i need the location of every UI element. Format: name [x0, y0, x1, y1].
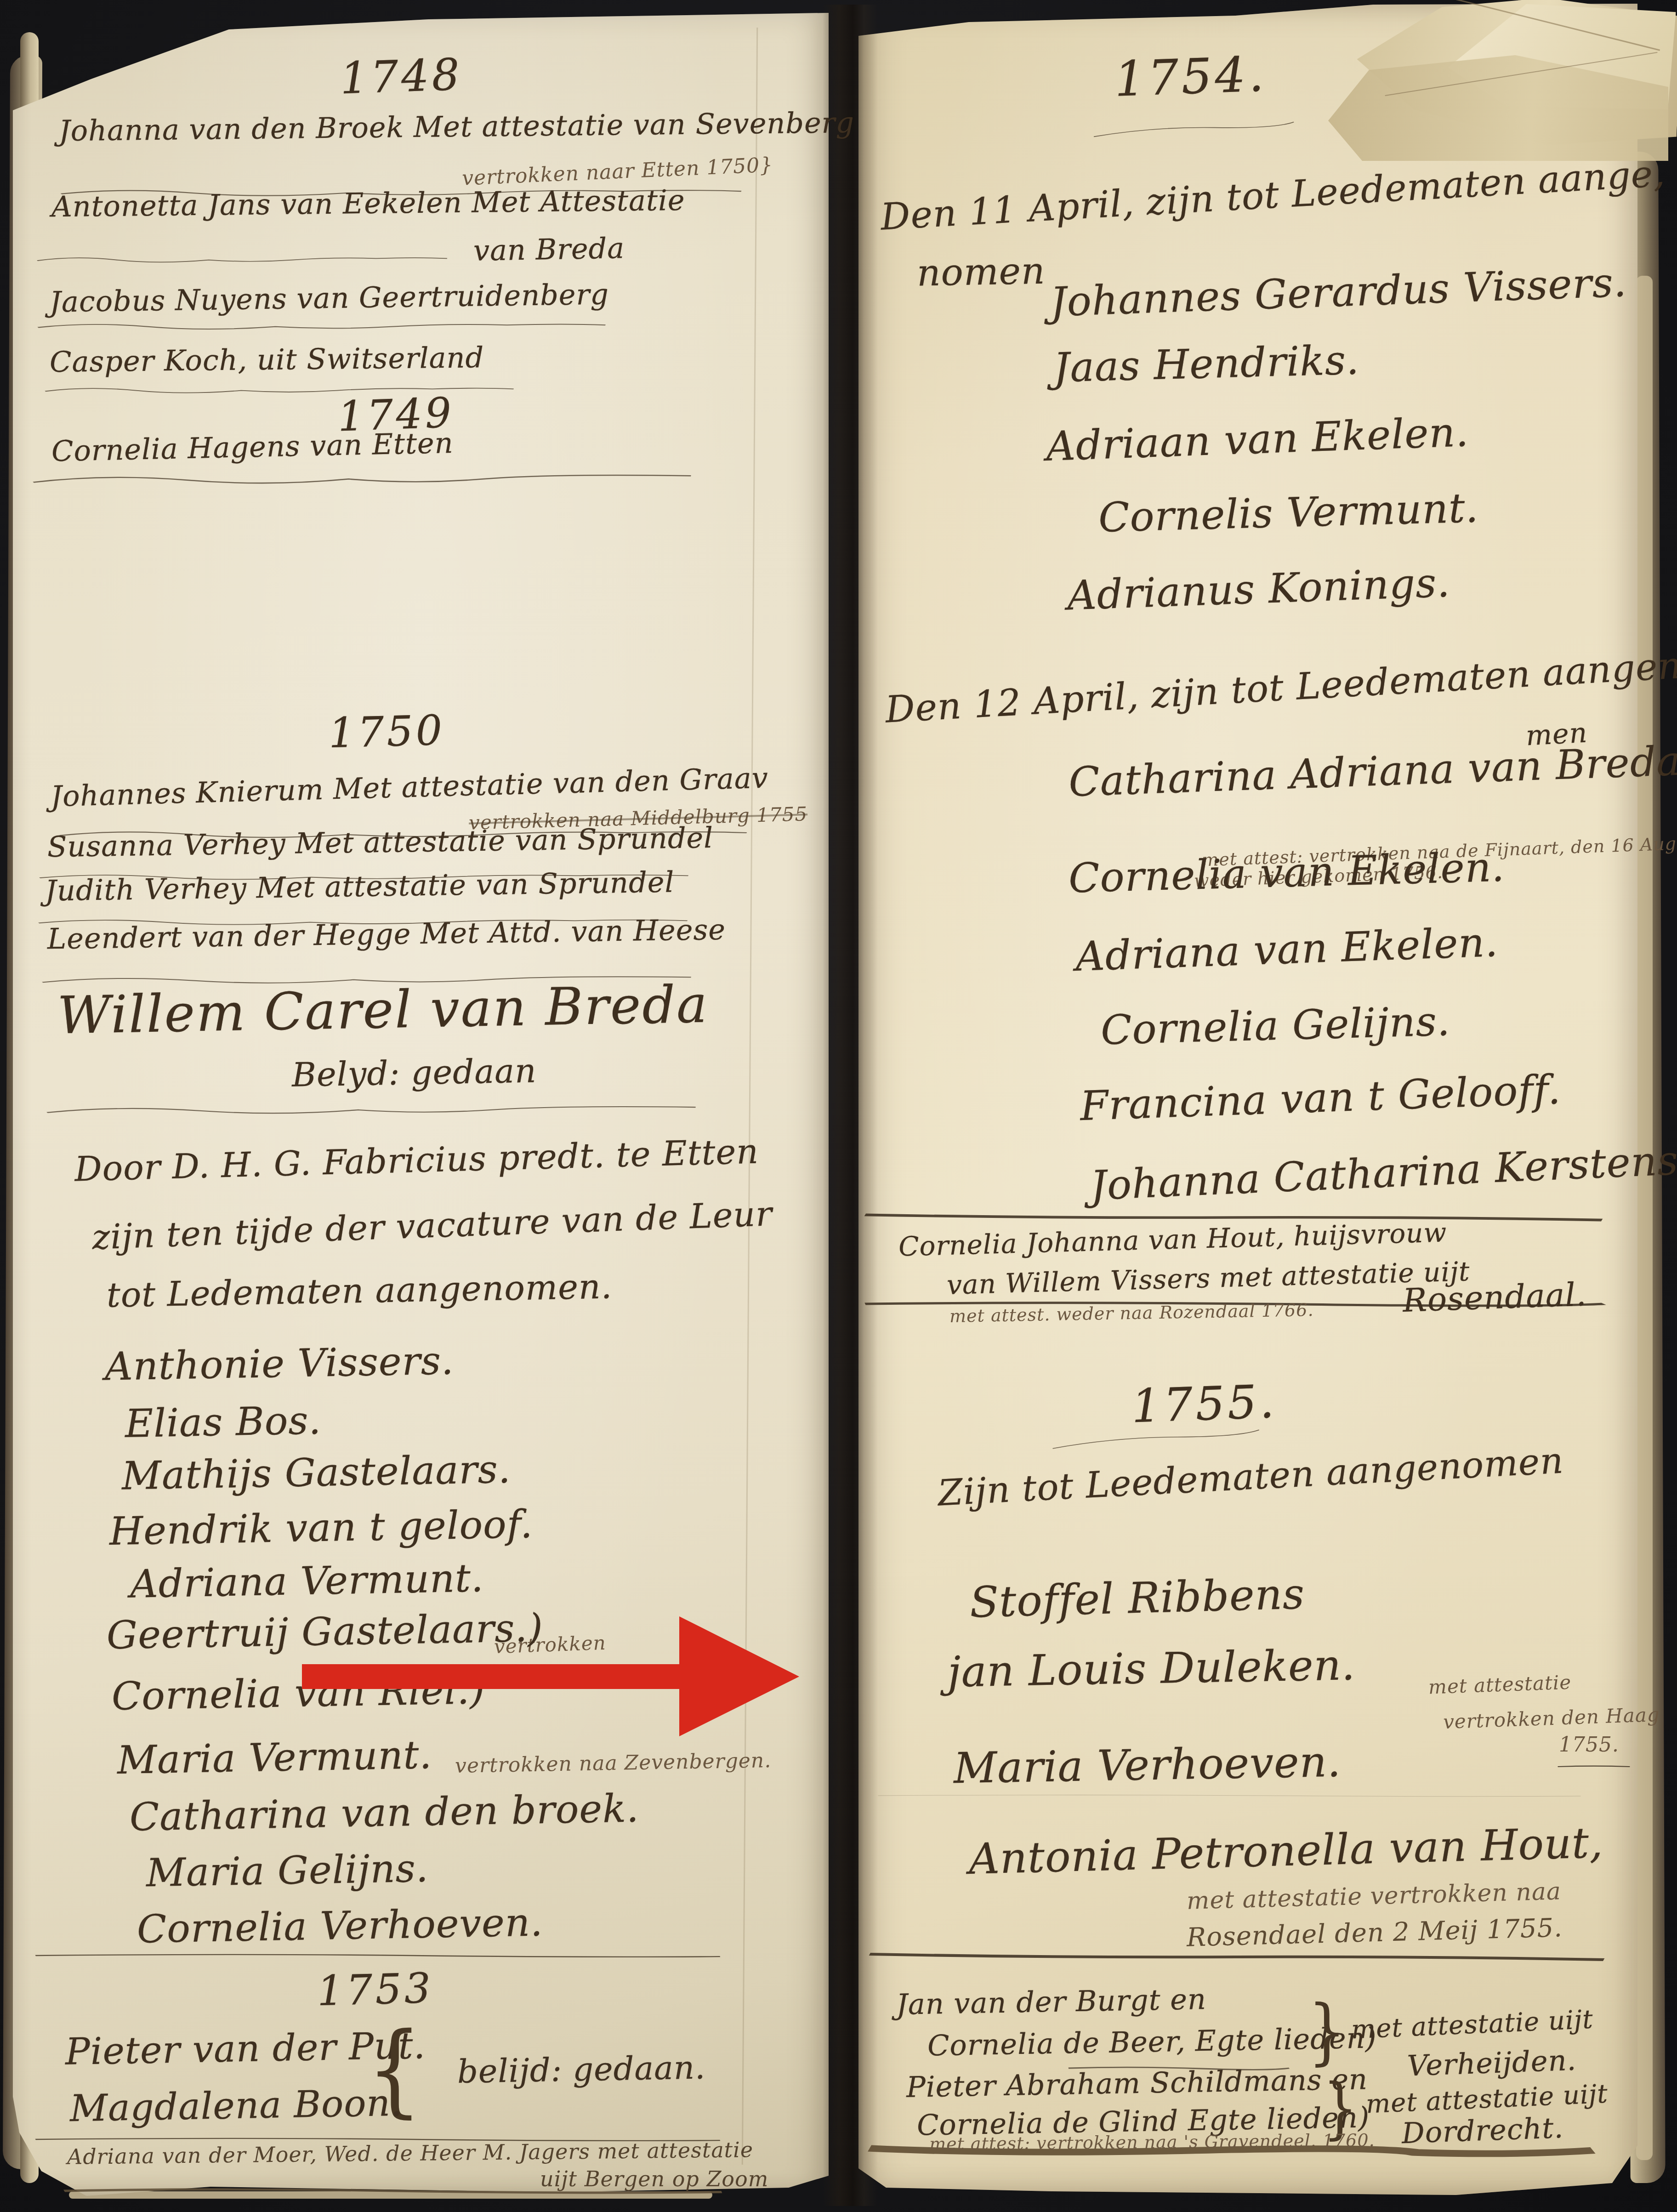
member-margin-note: vertrokken naa Zevenbergen.	[455, 1751, 772, 1776]
year-heading-1754: 1754.	[1114, 50, 1267, 103]
register-entry: Judith Verhey Met attestatie van Sprunde…	[45, 868, 675, 905]
member-name: Elias Bos.	[125, 1401, 321, 1443]
confirmation-subtitle: Belyd: gedaan	[291, 1054, 537, 1091]
register-entry: Jacobus Nuyens van Geertruidenberg	[50, 280, 609, 317]
member-margin-note: 1755.	[1559, 1735, 1619, 1755]
attestation-place: Rosendaal.	[1402, 1278, 1587, 1317]
member-name: Cornelia Verhoeven.	[136, 1903, 543, 1948]
note-underline	[1557, 1763, 1631, 1770]
couple-entry-line: Pieter Abraham Schildmans en	[906, 2065, 1368, 2102]
year-heading-1750: 1750	[328, 710, 445, 755]
year-heading-1753: 1753	[317, 1968, 434, 2013]
flourish-divider	[32, 316, 611, 335]
minister-intro-line: tot Ledematen aangenomen.	[106, 1269, 612, 1312]
manuscript-scan: { "colors":{ "arrow":"#d8281b", "ink":"#…	[0, 0, 1677, 2212]
member-name: Cornelia van Ekelen.	[1068, 847, 1505, 899]
flourish-divider	[40, 1098, 702, 1120]
year-heading-1748: 1748	[339, 53, 463, 101]
attestation-place: Verheijden.	[1407, 2046, 1577, 2081]
red-arrow-shape	[302, 1616, 799, 1736]
member-name: Magdalena Boon.	[69, 2085, 403, 2127]
register-entry: Antonetta Jans van Eekelen Met Attestati…	[51, 186, 685, 221]
member-margin-note: met attestatie	[1428, 1673, 1571, 1697]
member-name: Anthonie Vissers.	[104, 1341, 454, 1386]
page-footer-entry: uijt Bergen op Zoom	[540, 2168, 768, 2189]
member-name: Catharina van den broek.	[129, 1789, 639, 1836]
brace-note: belijd: gedaan.	[457, 2051, 705, 2087]
confirmation-title: Willem Carel van Breda	[57, 979, 709, 1042]
attestation-place: Dordrecht.	[1401, 2114, 1564, 2148]
register-entry: Susanna Verhey Met attestatie van Sprund…	[47, 824, 714, 861]
date-intro-line: nomen	[916, 253, 1046, 292]
member-name: Adriana Vermunt.	[130, 1558, 484, 1603]
entry-continuation: van Breda	[473, 234, 625, 265]
member-name: Cornelia Gelijns.	[1100, 1001, 1451, 1051]
red-arrow-annotation	[302, 1616, 799, 1736]
register-entry: Johanna van den Broek Met attestatie van…	[59, 108, 855, 145]
member-name: Stoffel Ribbens	[969, 1573, 1305, 1624]
flourish-divider	[33, 250, 451, 268]
couple-footnote: met attest: vertrokken naa 's Gravendeel…	[929, 2132, 1375, 2153]
member-name: jan Louis Duleken.	[947, 1644, 1356, 1693]
member-name: Maria Vermunt.	[117, 1735, 432, 1780]
year-heading-1755: 1755.	[1131, 1379, 1278, 1430]
couple-entry-line: Jan van der Burgt en	[896, 1985, 1207, 2019]
flourish-divider	[27, 465, 698, 491]
section-divider-line	[28, 1950, 727, 1962]
couple-brace: }	[1308, 1996, 1346, 2067]
member-name: Mathijs Gastelaars.	[121, 1450, 511, 1496]
register-entry: Casper Koch, uit Switserland	[50, 343, 484, 376]
member-name: Jaas Hendriks.	[1053, 340, 1360, 388]
member-name: Maria Gelijns.	[146, 1849, 429, 1893]
member-name: Hendrik van t geloof.	[109, 1505, 533, 1551]
register-entry: Cornelia Hagens van Etten	[51, 429, 454, 466]
page-stack-right-inner	[1636, 276, 1653, 2160]
member-name: Cornelis Vermunt.	[1098, 488, 1479, 538]
member-name: Maria Verhoeven.	[953, 1741, 1341, 1790]
